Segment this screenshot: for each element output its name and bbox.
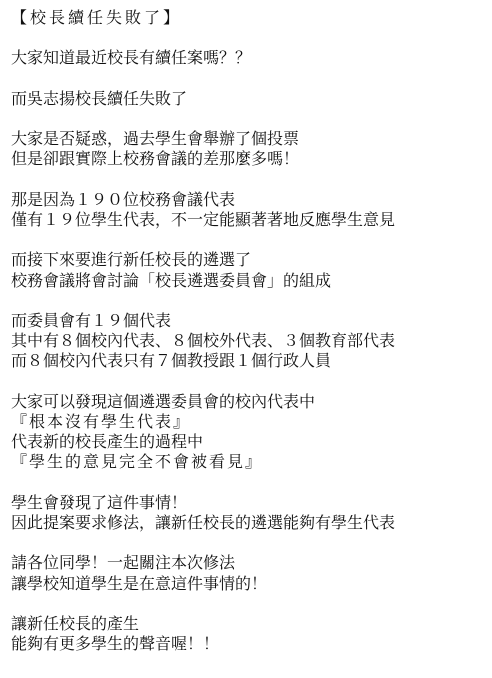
- text-line: 能夠有更多學生的聲音喔！！: [11, 635, 482, 655]
- text-line: 大家是否疑惑，過去學生會舉辦了個投票: [11, 130, 482, 150]
- text-line: 校務會議將會討論「校長遴選委員會」的組成: [11, 272, 482, 292]
- text-line: 其中有８個校內代表、８個校外代表、３個教育部代表: [11, 332, 482, 352]
- text-line: 那是因為１９０位校務會議代表: [11, 191, 482, 211]
- text-line: 而吳志揚校長續任失敗了: [11, 91, 187, 108]
- page-title: 【校長續任失敗了】: [11, 10, 182, 27]
- text-line: 而接下來要進行新任校長的遴選了: [11, 251, 482, 271]
- paragraph: 而吳志揚校長續任失敗了: [11, 90, 482, 110]
- quote-line: 『學生的意見完全不會被看見』: [11, 453, 482, 473]
- text-line: 請各位同學！一起關注本次修法: [11, 554, 482, 574]
- text-line: 代表新的校長產生的過程中: [11, 433, 482, 453]
- text-line: 而８個校內代表只有７個教授跟１個行政人員: [11, 352, 482, 372]
- document-body: 【校長續任失敗了】 大家知道最近校長有續任案嗎？？ 而吳志揚校長續任失敗了 大家…: [0, 0, 492, 678]
- text-line: 因此提案要求修法，讓新任校長的遴選能夠有學生代表: [11, 514, 482, 534]
- text-line: 學生會發現了這件事情！: [11, 494, 482, 514]
- text-line: 讓學校知道學生是在意這件事情的！: [11, 575, 482, 595]
- text-line: 但是卻跟實際上校務會議的差那麼多嗎！: [11, 150, 482, 170]
- text-line: 大家可以發現這個遴選委員會的校內代表中: [11, 393, 482, 413]
- quote-line: 『根本沒有學生代表』: [11, 413, 482, 433]
- text-line: 大家知道最近校長有續任案嗎？？: [11, 50, 251, 67]
- title-paragraph: 【校長續任失敗了】: [11, 9, 482, 29]
- text-line: 僅有１９位學生代表，不一定能顯著著地反應學生意見: [11, 211, 482, 231]
- text-line: 讓新任校長的產生: [11, 615, 482, 635]
- paragraph: 大家知道最近校長有續任案嗎？？: [11, 49, 482, 69]
- text-line: 而委員會有１９個代表: [11, 312, 482, 332]
